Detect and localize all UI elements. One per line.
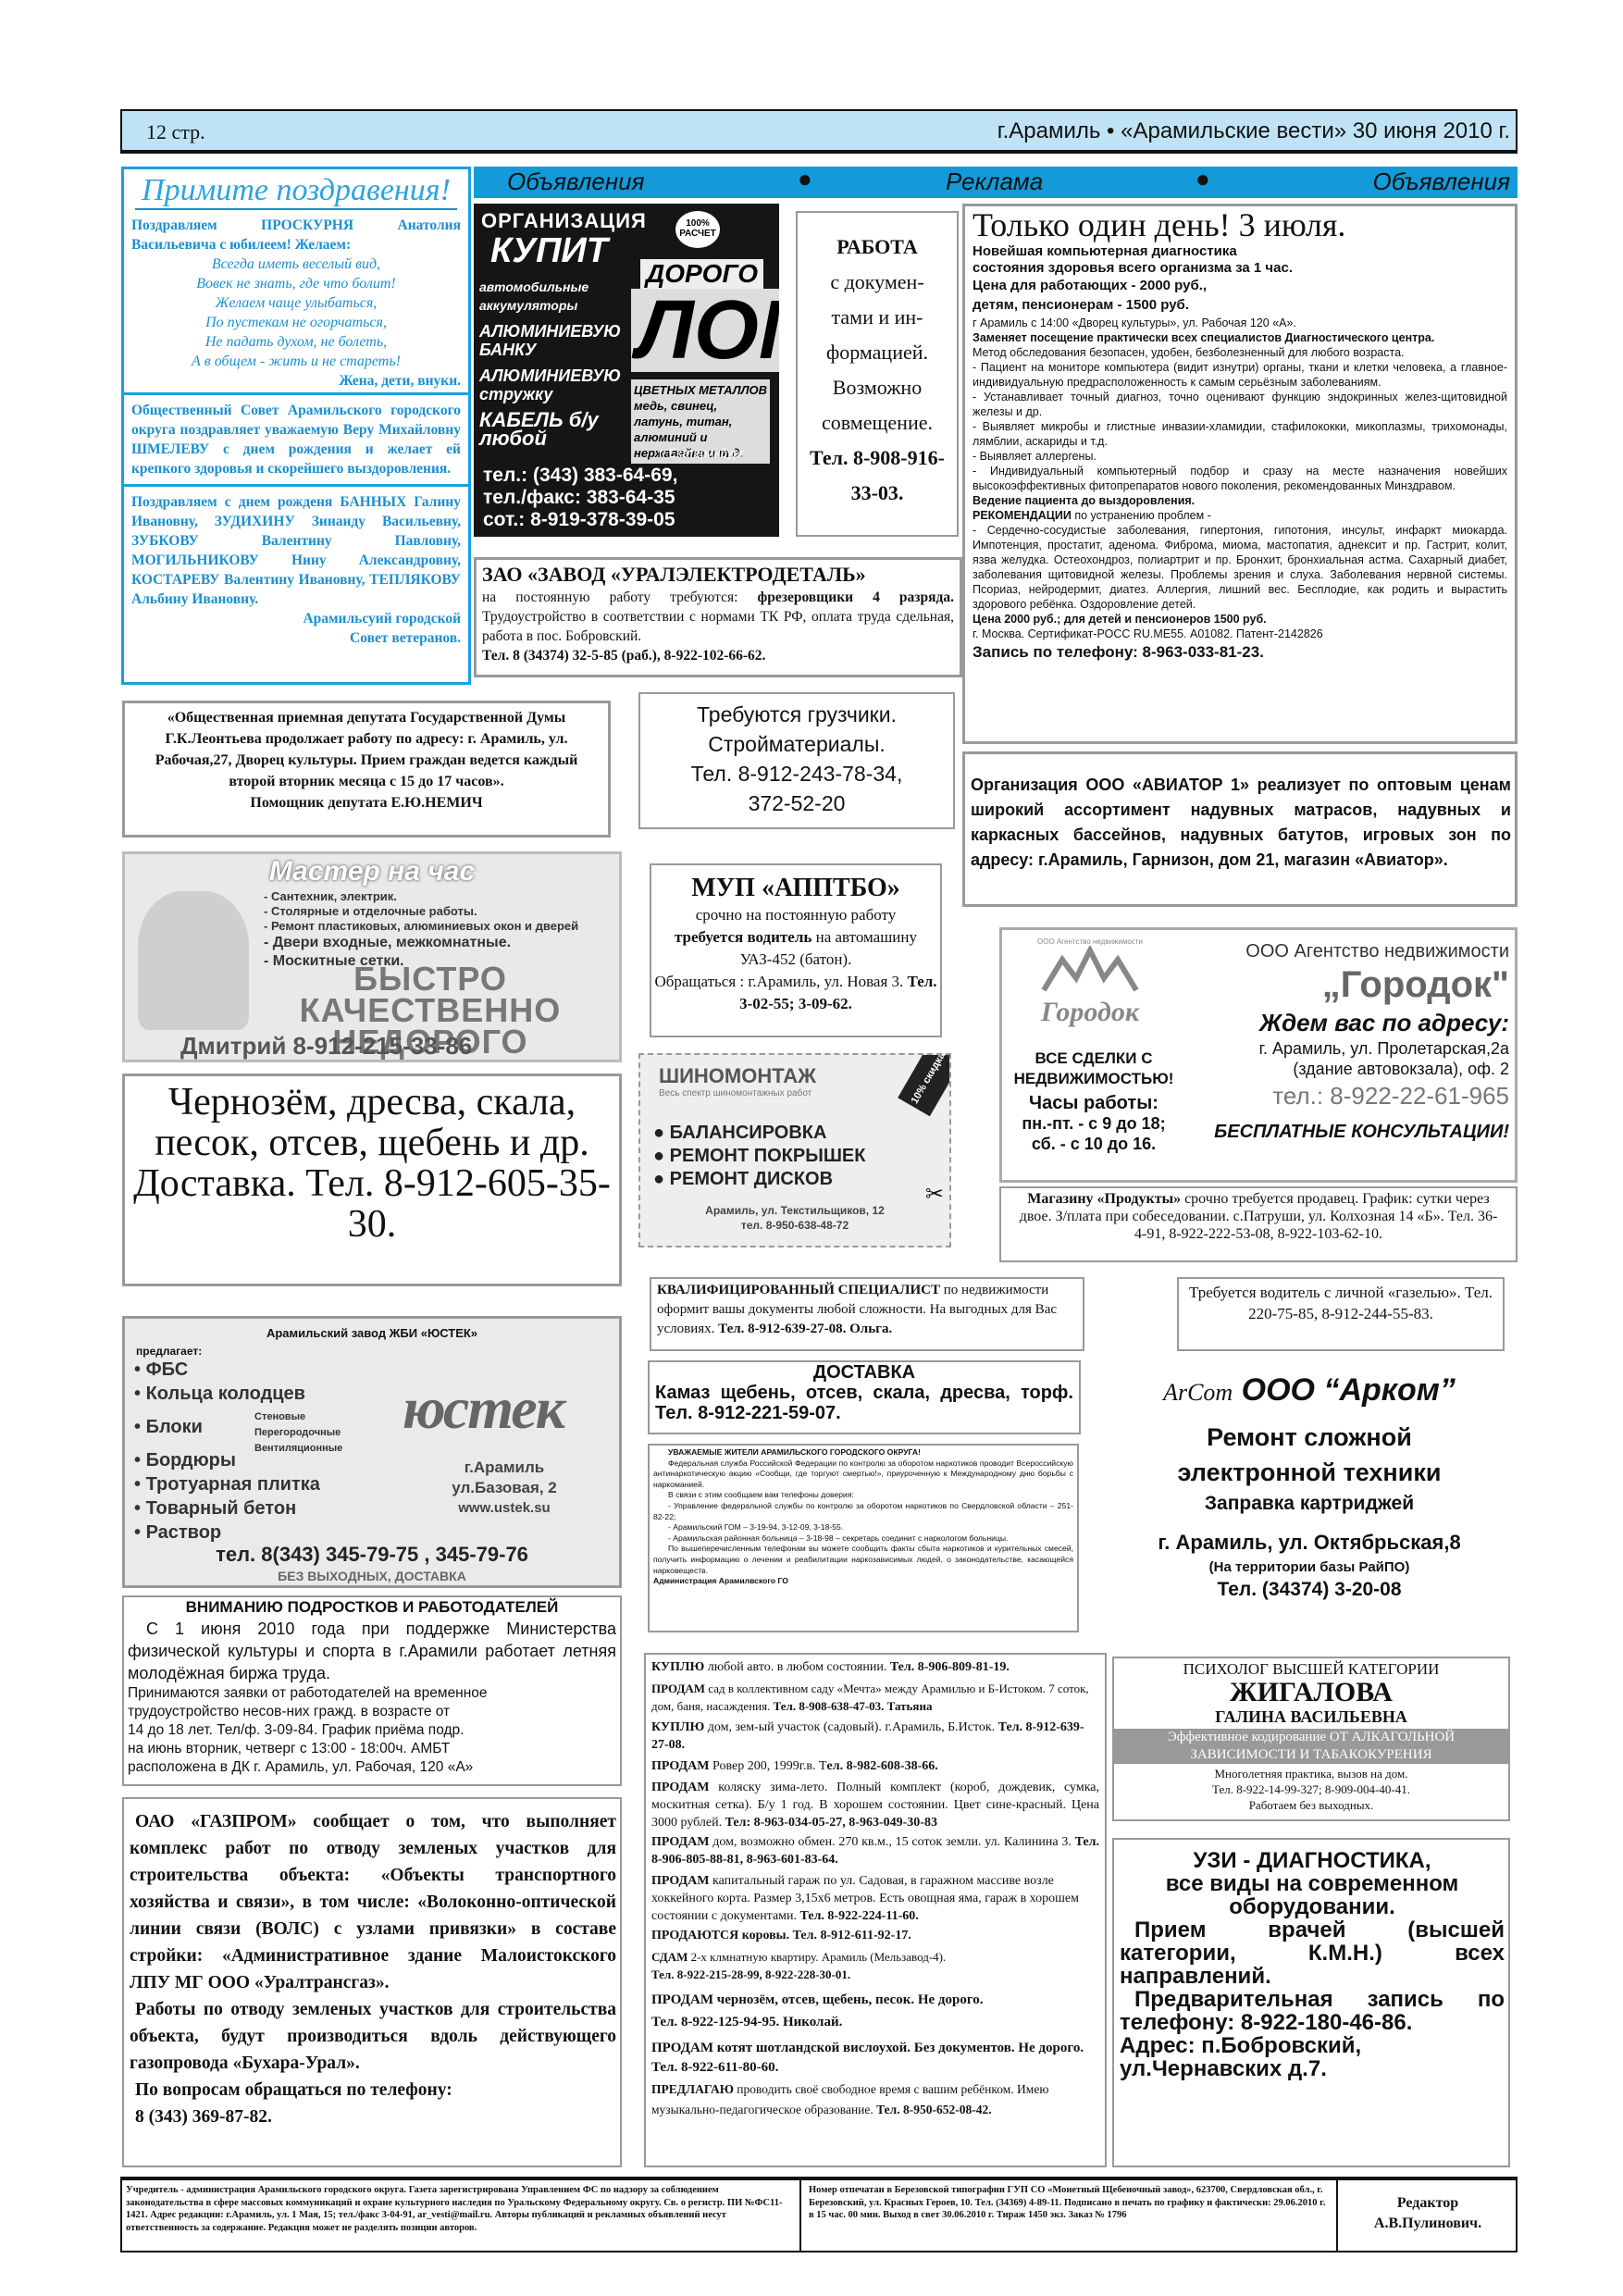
notice-text: - Арамильская районная больница – 3-18-9… <box>653 1533 1073 1545</box>
service-item: БАЛАНСИРОВКА <box>670 1123 827 1143</box>
ad-title: МУП «АППТБО» <box>651 873 940 904</box>
classified-item: КУПЛЮ дом, зем-ый участок (садовый). г.А… <box>651 1719 1099 1754</box>
ad-address: Адрес: п.Бобровский, <box>1120 2034 1505 2057</box>
notice-text: ОАО «ГАЗПРОМ» сообщает о том, что выполн… <box>130 1808 616 1996</box>
block-type: Вентиляционные <box>254 1441 342 1457</box>
greeting-2: Общественный Совет Арамильского городско… <box>124 395 468 484</box>
ad-line: Заправка картриджей <box>1110 1489 1508 1519</box>
driver-ad: Требуется водитель с личной «газелью». Т… <box>1177 1277 1505 1351</box>
classified-item: ПРОДАМ чернозём, отсев, щебень, песок. Н… <box>651 1989 1099 2033</box>
ad-address: Арамиль, ул. Текстильщиков, 12 <box>640 1203 949 1218</box>
product-item: Бордюры <box>146 1450 236 1471</box>
all-deals: ВСЕ СДЕЛКИ С НЕДВИЖИМОСТЬЮ! <box>1006 1049 1182 1089</box>
notice-line: Принимаются заявки от работодателей на в… <box>128 1684 616 1703</box>
ad-name: ЖИГАЛОВА <box>1114 1679 1508 1706</box>
diagnostics-lead-patient: Ведение пациента до выздоровления. <box>973 493 1507 508</box>
diagnostics-lead: Новейшая компьютерная диагностика <box>973 243 1507 260</box>
ad-line: Многолетняя практика, вызов на дом. <box>1114 1766 1508 1781</box>
ad-footer: БЕЗ ВЫХОДНЫХ, ДОСТАВКА <box>125 1569 619 1583</box>
gorodok-address: (здание автовокзала), оф. 2 <box>1176 1059 1509 1079</box>
ad-org: ОРГАНИЗАЦИЯ <box>481 209 647 233</box>
teens-notice: ВНИМАНИЮ ПОДРОСТКОВ И РАБОТОДАТЕЛЕЙ С 1 … <box>122 1595 622 1786</box>
ad-item: АЛЮМИНИЕВУЮ БАНКУ <box>479 322 618 359</box>
classified-item: СДАМ 2-х клмнатную квартиру. Арамиль (Ме… <box>651 1948 1099 1983</box>
ad-highlight: Эффективное кодирование ОТ АЛКАГОЛЬНОЙ <box>1114 1729 1508 1746</box>
greeting-1: Поздравляем ПРОСКУРНЯ Анатолия Васильеви… <box>124 214 468 392</box>
gorodok-address: г. Арамиль, ул. Пролетарская,2а <box>1176 1038 1509 1059</box>
ad-text: Камаз щебень, отсев, скала, дресва, торф… <box>655 1383 1073 1423</box>
recommendations-body: - Сердечно-сосудистые заболевания, гипер… <box>973 523 1507 612</box>
notice-text: По вопросам обращаться по телефону: <box>130 2077 616 2104</box>
greeting-poem: Всегда иметь веселый вид, Вовек не знать… <box>131 254 461 371</box>
products-ad: Магазину «Продукты» срочно требуется про… <box>999 1186 1518 1262</box>
notice-text: По вышеперечисленным телефонам вы можете… <box>653 1544 1073 1576</box>
ad-line: Ремонт сложной <box>1110 1419 1508 1456</box>
scrap-metal-ad: ОРГАНИЗАЦИЯ КУПИТ 100% РАСЧЕТ ДОРОГО ЛОМ… <box>474 204 779 537</box>
diagnostics-cert: г. Москва. Сертификат-РОСС RU.ME55. А010… <box>973 627 1507 641</box>
job-ad: РАБОТА с докумен- тами и ин- формацией. … <box>796 211 959 537</box>
notice-line: расположена в ДК г. Арамиль, ул. Рабочая… <box>128 1758 616 1777</box>
poem-line: По пустекам не огорчаться, <box>131 313 461 332</box>
ad-item: автомобильные аккумуляторы <box>479 278 618 315</box>
realtor-ad: КВАЛИФИЦИРОВАННЫЙ СПЕЦИАЛИСТ по недвижим… <box>650 1277 1084 1351</box>
classified-item: ПРОДАМ коляску зима-лето. Полный комплек… <box>651 1779 1099 1831</box>
ad-line: 372-52-20 <box>640 788 953 818</box>
uralelectro-ad: ЗАО «ЗАВОД «УРАЛЭЛЕКТРОДЕТАЛЬ» на постоя… <box>474 557 962 677</box>
divider <box>799 2178 801 2253</box>
hours: сб. - с 10 до 16. <box>1006 1134 1182 1154</box>
classified-item: ПРОДАМ капитальный гараж по ул. Садовая,… <box>651 1872 1099 1925</box>
product-item: ФБС <box>146 1359 189 1380</box>
poem-line: Вовек не знать, где что болит! <box>131 274 461 293</box>
diagnostics-bullet: - Пациент на мониторе компьютера (видит … <box>973 360 1507 390</box>
ad-text: срочно на постоянную работу <box>651 904 940 926</box>
ad-website: www.ustek.su <box>412 1498 597 1519</box>
gorodok-name: „Городок" <box>1176 962 1509 1007</box>
hours-label: Часы работы: <box>1006 1093 1182 1113</box>
classified-item: ПРОДАЮТСЯ коровы. Тел. 8-912-611-92-17. <box>651 1927 1099 1944</box>
masthead: 12 стр. г.Арамиль • «Арамильские вести» … <box>120 109 1518 154</box>
tire-service-coupon: ШИНОМОНТАЖ Весь спектр шиномонтажных раб… <box>638 1053 951 1247</box>
job-title: РАБОТА <box>798 230 957 265</box>
notice-text: С 1 июня 2010 года при поддержке Министе… <box>128 1618 616 1684</box>
ad-title: ЗАО «ЗАВОД «УРАЛЭЛЕКТРОДЕТАЛЬ» <box>482 562 954 588</box>
ad-phone: Предварительная запись по телефону: 8-92… <box>1120 1988 1505 2034</box>
editor-name: А.В.Пулинович. <box>1340 2214 1516 2234</box>
notice-line: на июнь вторник, четверг с 13:00 - 18:00… <box>128 1740 616 1758</box>
block-type: Стеновые <box>254 1409 342 1425</box>
divider <box>135 208 457 210</box>
ad-text-bold: КВАЛИФИЦИРОВАННЫЙ СПЕЦИАЛИСТ <box>657 1283 940 1297</box>
ad-line: Тел. 8-912-243-78-34, <box>640 759 953 788</box>
ad-address: ул.Чернавских д.7. <box>1120 2057 1505 2080</box>
classified-item: ПРОДАМ дом, возможно обмен. 270 кв.м., 1… <box>651 1833 1099 1868</box>
greeting-signature: Совет ветеранов. <box>131 628 461 648</box>
gorodok-free: БЕСПЛАТНЫЕ КОНСУЛЬТАЦИИ! <box>1176 1122 1509 1143</box>
ad-buys: КУПИТ <box>490 231 608 271</box>
diagnostics-lead: состояния здоровья всего организма за 1 … <box>973 260 1507 277</box>
service-item: - Двери входные, межкомнатные. <box>264 934 578 952</box>
greeting-signature: Арамильсуий городской <box>131 609 461 628</box>
ad-phone: Тел. 8-912-639-27-08. Ольга. <box>718 1322 892 1336</box>
ad-phone: тел.: (343) 383-64-69, <box>483 465 677 487</box>
classifieds-list: КУПЛЮ любой авто. в любом состоянии. Тел… <box>644 1653 1107 2167</box>
page-number: 12 стр. <box>146 120 205 144</box>
diagnostics-method: Метод обследования безопасен, удобен, бе… <box>973 345 1507 360</box>
job-phone: Тел. 8-908-916-33-03. <box>798 441 957 511</box>
classified-item: ПРЕДЛАГАЮ проводить своё свободное время… <box>651 2079 1099 2120</box>
ad-contact: Дмитрий 8-912-215-33-86 <box>180 1032 472 1061</box>
delivery-ad: ДОСТАВКА Камаз щебень, отсев, скала, дре… <box>648 1360 1081 1434</box>
loaders-ad: Требуются грузчики. Стройматериалы. Тел.… <box>638 692 955 829</box>
ad-line: Стройматериалы. <box>640 729 953 759</box>
logo-ring-text: ООО Агентство недвижимости <box>1021 937 1159 946</box>
worker-illustration <box>138 891 249 1030</box>
slogan: КАЧЕСТВЕННО <box>236 995 622 1026</box>
antidrug-notice: УВАЖАЕМЫЕ ЖИТЕЛИ АРАМИЛЬСКОГО ГОРОДСКОГО… <box>648 1444 1079 1632</box>
recommendations-text: по устранению проблем - <box>1074 509 1211 522</box>
badge-100-percent: 100% РАСЧЕТ <box>675 211 720 248</box>
ad-offers: предлагает: <box>136 1345 202 1358</box>
diagnostics-bullet: - Индивидуальный компьютерный подбор и с… <box>973 464 1507 493</box>
imprint-footer: Учредитель - администрация Арамильского … <box>120 2177 1518 2253</box>
gorodok-ad: ООО Агентство недвижимости Городок ВСЕ С… <box>999 927 1518 1183</box>
greeting-signature: Жена, дети, внуки. <box>131 371 461 391</box>
ad-city: г. Екатеринбург <box>659 446 744 460</box>
notice-title: УВАЖАЕМЫЕ ЖИТЕЛИ АРАМИЛЬСКОГО ГОРОДСКОГО… <box>653 1447 1073 1458</box>
service-item: РЕМОНТ ДИСКОВ <box>670 1169 833 1189</box>
hours: пн.-пт. - с 9 до 18; <box>1006 1113 1182 1134</box>
ad-phone: тел. 8(343) 345-79-75 , 345-79-76 <box>125 1543 619 1567</box>
product-item: Товарный бетон <box>146 1498 297 1519</box>
houses-icon <box>1039 946 1141 992</box>
notice-text: В связи с этим сообщаем вам телефоны дов… <box>653 1490 1073 1501</box>
ad-text: на постоянную работу требуются: <box>482 590 757 605</box>
ad-text-bold: требуется водитель <box>675 928 811 946</box>
classified-item: ПРОДАМ сад в коллективном саду «Мечта» м… <box>651 1680 1099 1715</box>
classified-item: ПРОДАМ Ровер 200, 1999г.в. Тел. 8-982-60… <box>651 1757 1099 1775</box>
ad-title: ДОСТАВКА <box>655 1362 1073 1383</box>
bullet-icon: ● <box>798 165 812 193</box>
ad-phone: тел. 8-950-638-48-72 <box>640 1218 949 1233</box>
bullet-icon: ● <box>1196 165 1210 193</box>
notice-line: трудоустройство несов-них гражд. в возра… <box>128 1703 616 1721</box>
arkom-ad: ArCom ООО “Арком” Ремонт сложной электро… <box>1110 1370 1508 1629</box>
diagnostics-place: г Арамиль с 14:00 «Дворец культуры», ул.… <box>973 316 1507 330</box>
greeting-text: Поздравляем с днем рожденя БАННЫХ Галину… <box>131 492 461 609</box>
job-line: совмещение. <box>798 405 957 441</box>
ad-item: КАБЕЛЬ б/у любой <box>479 411 618 448</box>
block-type: Перегородочные <box>254 1425 342 1441</box>
scissors-icon: ✂ <box>925 1181 944 1208</box>
rubric-right: Объявления <box>1372 168 1510 196</box>
classified-item: ПРОДАМ котят шотландской вислоухой. Без … <box>651 2039 1099 2078</box>
rubric-bar: Объявления ● Реклама ● Объявления <box>474 167 1518 198</box>
ad-phone: Тел. (34374) 3-20-08 <box>1110 1576 1508 1604</box>
aviator-ad: Организация ООО «АВИАТОР 1» реализует по… <box>962 751 1518 907</box>
service-item: - Ремонт пластиковых, алюминиевых окон и… <box>264 919 578 934</box>
job-line: тами и ин- <box>798 300 957 335</box>
notice-sign: Администрация Арамилвского ГО <box>653 1576 1073 1587</box>
gorodok-phone: тел.: 8-922-22-61-965 <box>1176 1079 1509 1112</box>
ad-line: Прием врачей (высшей категории, К.М.Н.) … <box>1120 1918 1505 1988</box>
ad-address: г. Арамиль, ул. Октябрьская,8 <box>1110 1526 1508 1559</box>
diagnostics-headline: Только один день! 3 июля. <box>973 206 1507 243</box>
ad-address: (На территории базы РайПО) <box>1110 1559 1508 1576</box>
diagnostics-replaces: Заменяет посещение практически всех спец… <box>973 330 1507 345</box>
greeting-3: Поздравляем с днем рожденя БАННЫХ Галину… <box>124 487 468 653</box>
job-line: Возможно <box>798 370 957 405</box>
ad-subtitle: Весь спектр шиномонтажных работ <box>659 1088 811 1098</box>
product-item: Тротуарная плитка <box>146 1474 320 1495</box>
product-item: Блоки <box>146 1417 203 1437</box>
ad-item: АЛЮМИНИЕВУЮ стружку <box>479 366 618 403</box>
ad-line: ПСИХОЛОГ ВЫСШЕЙ КАТЕГОРИИ <box>1114 1660 1508 1679</box>
notice-phone: 8 (343) 369-87-82. <box>130 2104 616 2130</box>
ad-title: ШИНОМОНТАЖ <box>659 1064 816 1088</box>
editor-label: Редактор <box>1340 2193 1516 2214</box>
poem-line: Всегда иметь веселый вид, <box>131 254 461 274</box>
service-item: - Столярные и отделочные работы. <box>264 904 578 919</box>
diagnostics-price-final: Цена 2000 руб.; для детей и пенсионеров … <box>973 612 1507 627</box>
diagnostics-price: детям, пенсионерам - 1500 руб. <box>973 295 1507 316</box>
gorodok-logo: ООО Агентство недвижимости Городок <box>1021 937 1159 1039</box>
recommendations-label: РЕКОМЕНДАЦИИ <box>973 509 1072 522</box>
job-line: с докумен- <box>798 265 957 300</box>
notice-text: Работы по отводу земленых участков для с… <box>130 1996 616 2077</box>
deputy-text: «Общественная приемная депутата Государс… <box>136 707 597 792</box>
divider <box>1336 2178 1338 2253</box>
deputy-notice: «Общественная приемная депутата Государс… <box>122 701 611 838</box>
job-line: формацией. <box>798 335 957 370</box>
greetings-heading: Примите поздравения! <box>124 173 468 208</box>
ustek-logo: юстек <box>403 1374 564 1443</box>
greetings-box: Примите поздравения! Поздравляем ПРОСКУР… <box>121 167 471 685</box>
ad-phone: тел./факс: 383-64-35 <box>483 487 677 509</box>
gorodok-wait: Ждем вас по адресу: <box>1176 1007 1509 1038</box>
ad-name: ГАЛИНА ВАСИЛЬЕВНА <box>1114 1706 1508 1727</box>
ad-title: Мастер на час <box>125 856 619 887</box>
apptbo-ad: МУП «АППТБО» срочно на постоянную работу… <box>650 863 942 1037</box>
diagnostics-bullet: - Выявляет микробы и глистные инвазии-хл… <box>973 419 1507 449</box>
deputy-sign: Помощник депутата Е.Ю.НЕМИЧ <box>136 792 597 813</box>
ad-phone: Тел. 8 (34374) 32-5-85 (раб.), 8-922-102… <box>482 646 954 665</box>
ustek-ad: Арамильский завод ЖБИ «ЮСТЕК» предлагает… <box>122 1316 622 1588</box>
ad-city: г.Арамиль <box>412 1458 597 1478</box>
discount-badge: 10% скидка <box>898 1053 951 1116</box>
ad-phone: Тел. 8-922-14-99-327; 8-909-004-40-41. <box>1114 1781 1508 1797</box>
footer-printer: Номер отпечатан в Березовской типографии… <box>809 2184 1327 2222</box>
notice-text: Федеральная служба Российской Федерации … <box>653 1458 1073 1491</box>
gorodok-org: ООО Агентство недвижимости <box>1176 941 1509 962</box>
ultrasound-ad: УЗИ - ДИАГНОСТИКА, все виды на современн… <box>1112 1838 1510 2167</box>
gazprom-notice: ОАО «ГАЗПРОМ» сообщает о том, что выполн… <box>122 1797 622 2167</box>
ad-line: все виды на современном оборудовании. <box>1120 1872 1505 1918</box>
greeting-intro: Поздравляем ПРОСКУРНЯ Анатолия Васильеви… <box>131 216 461 254</box>
notice-title: ВНИМАНИЮ ПОДРОСТКОВ И РАБОТОДАТЕЛЕЙ <box>128 1597 616 1618</box>
ad-text: Трудоустройство в соответствии с нормами… <box>482 609 954 644</box>
ad-title: УЗИ - ДИАГНОСТИКА, <box>1120 1849 1505 1872</box>
ad-text: Обращаться : г.Арамиль, ул. Новая 3. <box>654 973 907 990</box>
notice-line: 14 до 18 лет. Тел/ф. 3-09-84. График при… <box>128 1721 616 1740</box>
notice-text: - Управление федеральной службы по контр… <box>653 1501 1073 1522</box>
ad-phone: сот.: 8-919-378-39-05 <box>483 509 677 531</box>
diagnostics-ad: Только один день! 3 июля. Новейшая компь… <box>962 204 1518 744</box>
rubric-left: Объявления <box>507 168 645 196</box>
ad-line: Работаем без выходных. <box>1114 1797 1508 1813</box>
ad-line: Требуются грузчики. <box>640 700 953 729</box>
ad-title: Арамильский завод ЖБИ «ЮСТЕК» <box>125 1326 619 1340</box>
service-item: - Сантехник, электрик. <box>264 889 578 904</box>
footer-publisher: Учредитель - администрация Арамильского … <box>126 2184 792 2234</box>
poem-line: А в общем - жить и не стареть! <box>131 352 461 371</box>
chernozem-ad: Чернозём, дресва, скала, песок, отсев, щ… <box>122 1074 622 1286</box>
ad-line: электронной техники <box>1110 1456 1508 1489</box>
ad-highlight: ЗАВИСИМОСТИ И ТАБАКОКУРЕНИЯ <box>1114 1746 1508 1764</box>
ad-address: ул.Базовая, 2 <box>412 1478 597 1498</box>
service-item: РЕМОНТ ПОКРЫШЕК <box>670 1146 866 1166</box>
poem-line: Желаем чаще улыбаться, <box>131 293 461 313</box>
arkom-logo: ArCom <box>1163 1379 1233 1406</box>
product-item: Кольца колодцев <box>146 1384 305 1404</box>
slogan: БЫСТРО <box>236 963 622 995</box>
diagnostics-bullet: - Устанавливает точный диагноз, точно оц… <box>973 390 1507 419</box>
ad-lom: ЛОМ <box>631 289 779 372</box>
ad-text-bold: Магазину «Продукты» <box>1027 1191 1181 1207</box>
diagnostics-price: Цена для работающих - 2000 руб., <box>973 277 1507 295</box>
newspaper-title: г.Арамиль • «Арамильские вести» 30 июня … <box>997 118 1510 144</box>
notice-text: - Арамильский ГОМ – 3-19-94, 3-12-09, 3-… <box>653 1522 1073 1533</box>
ad-text-bold: фрезеровщики 4 разряда. <box>757 590 954 605</box>
handyman-ad: Мастер на час - Сантехник, электрик. - С… <box>122 851 622 1062</box>
product-item: Раствор <box>146 1522 222 1543</box>
diagnostics-bullet: - Выявляет аллергены. <box>973 449 1507 464</box>
classified-item: КУПЛЮ любой авто. в любом состоянии. Тел… <box>651 1658 1099 1676</box>
psychologist-ad: ПСИХОЛОГ ВЫСШЕЙ КАТЕГОРИИ ЖИГАЛОВА ГАЛИН… <box>1112 1657 1510 1821</box>
arkom-name: ООО “Арком” <box>1242 1372 1456 1408</box>
rubric-center: Реклама <box>946 168 1043 196</box>
poem-line: Не падать духом, не болеть, <box>131 332 461 352</box>
diagnostics-phone: Запись по телефону: 8-963-033-81-23. <box>973 641 1507 664</box>
logo-word: Городок <box>1021 997 1159 1028</box>
